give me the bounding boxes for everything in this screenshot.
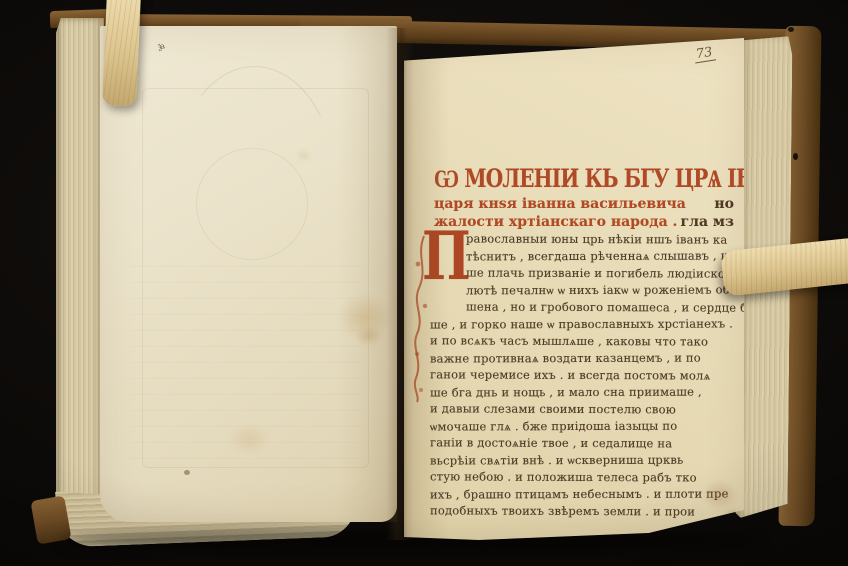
text-line: подобныхъ твоихъ звѣремъ земли . и прои bbox=[430, 502, 738, 520]
text-line: ихъ , брашно птицамъ небеснымъ . и плоти… bbox=[430, 485, 738, 503]
text-line: ше плачь призваніе и погибель людіискои bbox=[430, 264, 738, 282]
ghost-frame-circle bbox=[196, 148, 308, 260]
stain bbox=[296, 150, 311, 161]
ink-speck bbox=[184, 470, 190, 475]
heading-line-2-note: но bbox=[714, 196, 734, 212]
manuscript-text-block: равославныи юны црь нѣкіи ншъ іванъ ка т… bbox=[430, 231, 738, 520]
text-line: ганои черемисе ихъ . и всегда постомъ мо… bbox=[430, 366, 738, 384]
heading-line-2: царя кнѕя іванна васильевича но bbox=[434, 196, 734, 212]
wooden-bookmark-top bbox=[102, 0, 141, 107]
text-line: лютѣ печалнѡ ѡ нихъ іакѡ ѡ роженіемъ оба… bbox=[430, 281, 738, 299]
stain bbox=[702, 480, 738, 510]
folio-scribble: ѯа bbox=[157, 41, 165, 51]
text-line: равославныи юны црь нѣкіи ншъ іванъ ка bbox=[430, 230, 738, 248]
text-line: и по всѧкъ часъ мышлѧше , каковы что так… bbox=[430, 332, 738, 350]
clasp-nail bbox=[793, 153, 798, 160]
left-fore-edge bbox=[56, 18, 104, 516]
photo-scene: ѯа 73 Ѡ МОЛЕНІИ КЬ БГУ ЦРѦ ІВАНА царя кн… bbox=[0, 0, 848, 566]
text-line: стую небою . и положиша телеса рабъ тко bbox=[430, 468, 738, 486]
right-page: 73 Ѡ МОЛЕНІИ КЬ БГУ ЦРѦ ІВАНА царя кнѕя … bbox=[404, 38, 744, 540]
left-page: ѯа bbox=[100, 26, 397, 522]
text-line: важне противнаѧ воздати казанцемъ , и по bbox=[430, 349, 738, 367]
text-line: ѡмочаше глѧ . бже приідоша іазыцы по bbox=[430, 417, 738, 435]
text-line: ганіи в достоѧніе твое , и седалище на bbox=[430, 434, 738, 452]
text-line: ше бга днь и нощь , и мало сна приимаше … bbox=[430, 383, 738, 401]
chapter-number: гла мз bbox=[681, 214, 735, 230]
heading-line-3: жалости хртіанскаго народа . гла мз bbox=[434, 214, 734, 230]
cover-corner-bottom-left bbox=[30, 495, 71, 544]
text-line: ше , и горко наше ѡ православныхъ хрстіа… bbox=[430, 315, 738, 333]
heading-line-2-text: царя кнѕя іванна васильевича bbox=[434, 196, 686, 212]
text-line: тѣснитъ , всегдаша рѣченнаѧ слышавъ , и … bbox=[430, 247, 738, 265]
clasp-nail-2 bbox=[788, 27, 794, 32]
text-line: и давыи слезами своими постелю свою bbox=[430, 400, 738, 418]
text-line: вьсрѣіи свѧтіи внѣ . и ѡскверниша црквь bbox=[430, 451, 738, 469]
text-line: шена , но и гробового помашеса , и сердц… bbox=[430, 298, 738, 316]
book-gutter bbox=[386, 28, 414, 540]
page-number: 73 bbox=[693, 44, 716, 63]
stain bbox=[228, 424, 270, 454]
